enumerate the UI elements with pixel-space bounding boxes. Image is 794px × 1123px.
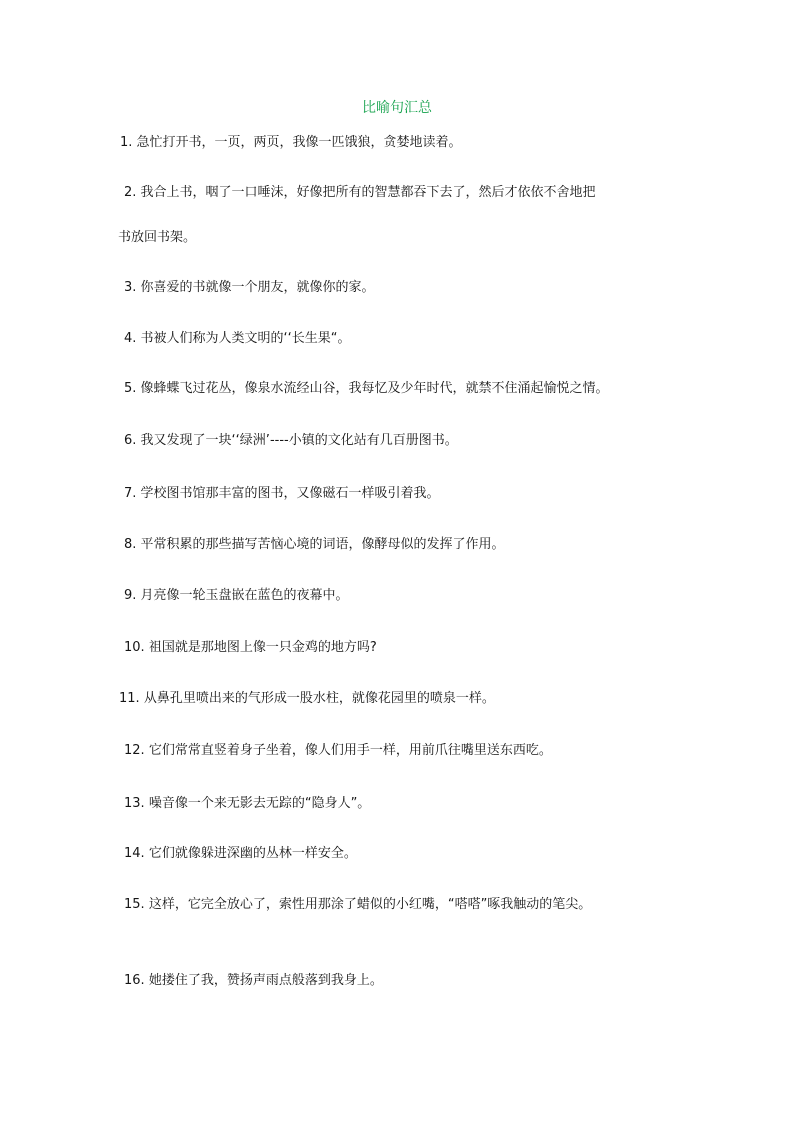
item-number: 2. [124,185,136,200]
item-text-continuation: 书放回书架。 [118,230,196,245]
list-item-7: 7. 学校图书馆那丰富的图书，又像磁石一样吸引着我。 [124,485,440,503]
document-page: 比喻句汇总 1. 急忙打开书，一页，两页，我像一匹饿狼，贪婪地读着。 2. 我合… [0,0,794,1123]
item-text: 像蜂蝶飞过花丛，像泉水流经山谷，我每忆及少年时代，就禁不住涌起愉悦之情。 [141,381,609,396]
list-item-11: 11. 从鼻孔里喷出来的气形成一股水柱，就像花园里的喷泉一样。 [119,690,495,708]
list-item-4: 4. 书被人们称为人类文明的‘‘长生果“。 [124,330,351,348]
item-text: 平常积累的那些描写苦恼心境的词语，像酵母似的发挥了作用。 [141,537,505,552]
list-item-1: 1. 急忙打开书，一页，两页，我像一匹饿狼，贪婪地读着。 [120,134,462,152]
item-text: 我合上书，咽了一口唾沫，好像把所有的智慧都吞下去了，然后才依依不舍地把 [141,185,596,200]
item-number: 9. [124,588,136,603]
list-item-2: 2. 我合上书，咽了一口唾沫，好像把所有的智慧都吞下去了，然后才依依不舍地把 [124,184,596,202]
item-text: 噪音像一个来无影去无踪的“隐身人”。 [149,796,370,811]
item-number: 8. [124,537,136,552]
list-item-8: 8. 平常积累的那些描写苦恼心境的词语，像酵母似的发挥了作用。 [124,536,505,554]
list-item-6: 6. 我又发现了一块‘‘绿洲’----小镇的文化站有几百册图书。 [124,432,458,450]
item-number: 5. [124,381,136,396]
list-item-9: 9. 月亮像一轮玉盘嵌在蓝色的夜幕中。 [124,587,349,605]
item-text: 从鼻孔里喷出来的气形成一股水柱，就像花园里的喷泉一样。 [144,691,495,706]
item-text: 她搂住了我，赞扬声雨点般落到我身上。 [149,973,383,988]
list-item-10: 10. 祖国就是那地图上像一只金鸡的地方吗? [124,639,377,657]
list-item-14: 14. 它们就像躲进深幽的丛林一样安全。 [124,845,357,863]
item-text: 它们就像躲进深幽的丛林一样安全。 [149,846,357,861]
list-item-5: 5. 像蜂蝶飞过花丛，像泉水流经山谷，我每忆及少年时代，就禁不住涌起愉悦之情。 [124,380,609,398]
item-text: 月亮像一轮玉盘嵌在蓝色的夜幕中。 [141,588,349,603]
item-number: 6. [124,433,136,448]
item-text: 这样，它完全放心了，索性用那涂了蜡似的小红嘴，“嗒嗒”啄我触动的笔尖。 [149,897,591,912]
item-number: 10. [124,640,145,655]
list-item-2-continuation: 书放回书架。 [118,229,196,247]
item-number: 16. [124,973,145,988]
item-number: 15. [124,897,145,912]
item-number: 12. [124,743,145,758]
item-number: 14. [124,846,145,861]
item-number: 11. [119,691,140,706]
item-text: 学校图书馆那丰富的图书，又像磁石一样吸引着我。 [141,486,440,501]
item-text: 急忙打开书，一页，两页，我像一匹饿狼，贪婪地读着。 [137,135,462,150]
item-number: 1. [120,135,132,150]
item-text: 我又发现了一块‘‘绿洲’----小镇的文化站有几百册图书。 [141,433,458,448]
document-title: 比喻句汇总 [0,99,794,117]
list-item-3: 3. 你喜爱的书就像一个朋友，就像你的家。 [124,279,375,297]
item-text: 祖国就是那地图上像一只金鸡的地方吗? [149,640,377,655]
item-number: 4. [124,331,136,346]
item-number: 13. [124,796,145,811]
item-text: 你喜爱的书就像一个朋友，就像你的家。 [141,280,375,295]
item-number: 3. [124,280,136,295]
item-text: 它们常常直竖着身子坐着，像人们用手一样，用前爪往嘴里送东西吃。 [149,743,552,758]
list-item-16: 16. 她搂住了我，赞扬声雨点般落到我身上。 [124,972,383,990]
item-number: 7. [124,486,136,501]
item-text: 书被人们称为人类文明的‘‘长生果“。 [141,331,351,346]
list-item-13: 13. 噪音像一个来无影去无踪的“隐身人”。 [124,795,370,813]
list-item-15: 15. 这样，它完全放心了，索性用那涂了蜡似的小红嘴，“嗒嗒”啄我触动的笔尖。 [124,896,591,914]
list-item-12: 12. 它们常常直竖着身子坐着，像人们用手一样，用前爪往嘴里送东西吃。 [124,742,552,760]
